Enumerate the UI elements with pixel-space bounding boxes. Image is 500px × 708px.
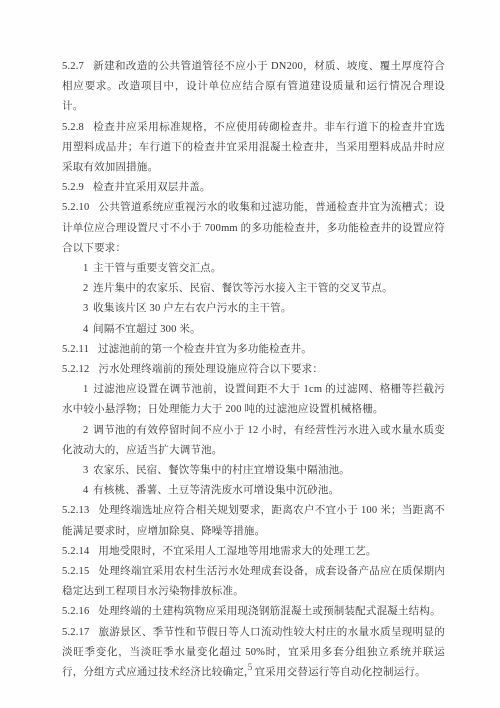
sub-item-paragraph: 1过滤池应设置在调节池前，设置间距不大于 1cm 的过滤网、格栅等拦截污水中较小… <box>62 380 445 420</box>
clause-paragraph: 5.2.12污水处理终端前的预处理设施应符合以下要求： <box>62 360 445 380</box>
sub-item-paragraph: 3农家乐、民宿、餐饮等集中的村庄宜增设集中隔油池。 <box>62 461 445 481</box>
paragraph-text: 检查井宜采用双层井盖。 <box>93 182 211 193</box>
document-body: 5.2.7新建和改造的公共管道管径不应小于 DN200，材质、坡度、覆土厚度符合… <box>62 57 445 683</box>
sub-item-paragraph: 4有核桃、番薯、土豆等清洗废水可增设集中沉砂池。 <box>62 481 445 501</box>
clause-number: 5.2.8 <box>62 122 84 133</box>
paragraph-text: 调节池的有效停留时间不应小于 12 小时，有经营性污水进入或水量水质变化波动大的… <box>62 425 445 456</box>
paragraph-text: 主干管与重要支管交汇点。 <box>93 263 221 274</box>
paragraph-text: 过滤池应设置在调节池前，设置间距不大于 1cm 的过滤网、格栅等拦截污水中较小悬… <box>62 384 445 415</box>
paragraph-text: 连片集中的农家乐、民宿、餐饮等污水接入主干管的交叉节点。 <box>93 283 393 294</box>
sub-item-paragraph: 4间隔不宜超过 300 米。 <box>62 320 445 340</box>
clause-paragraph: 5.2.15处理终端宜采用农村生活污水处理成套设备，成套设备产品应在质保期内稳定… <box>62 562 445 602</box>
sub-item-paragraph: 2调节池的有效停留时间不应小于 12 小时，有经营性污水进入或水量水质变化波动大… <box>62 421 445 461</box>
clause-number: 5.2.11 <box>62 344 89 355</box>
item-number: 4 <box>83 324 88 335</box>
paragraph-text: 处理终端的土建构筑物应采用现浇钢筋混凝土或预制装配式混凝土结构。 <box>98 606 440 617</box>
clause-paragraph: 5.2.7新建和改造的公共管道管径不应小于 DN200，材质、坡度、覆土厚度符合… <box>62 57 445 118</box>
clause-paragraph: 5.2.11过滤池前的第一个检查井宜为多功能检查井。 <box>62 340 445 360</box>
clause-number: 5.2.12 <box>62 364 89 375</box>
document-page: 5.2.7新建和改造的公共管道管径不应小于 DN200，材质、坡度、覆土厚度符合… <box>0 0 500 708</box>
clause-number: 5.2.16 <box>62 606 89 617</box>
item-number: 1 <box>83 384 88 395</box>
clause-number: 5.2.13 <box>62 505 89 516</box>
item-number: 2 <box>83 283 88 294</box>
paragraph-text: 农家乐、民宿、餐饮等集中的村庄宜增设集中隔油池。 <box>93 465 350 476</box>
clause-paragraph: 5.2.13处理终端选址应符合相关规划要求，距离农户不宜小于 100 米；当距离… <box>62 501 445 541</box>
clause-paragraph: 5.2.14用地受限时，不宜采用人工湿地等用地需求大的处理工艺。 <box>62 542 445 562</box>
clause-number: 5.2.7 <box>62 61 84 72</box>
page-number: 5 <box>0 661 500 675</box>
item-number: 4 <box>83 485 88 496</box>
sub-item-paragraph: 3收集该片区 30 户左右农户污水的主干管。 <box>62 299 445 319</box>
clause-paragraph: 5.2.8检查井应采用标准规格，不应使用砖砌检查井。非车行道下的检查井宜选用塑料… <box>62 118 445 179</box>
clause-paragraph: 5.2.10公共管道系统应重视污水的收集和过滤功能，普通检查井宜为流槽式；设计单… <box>62 198 445 259</box>
paragraph-text: 处理终端宜采用农村生活污水处理成套设备，成套设备产品应在质保期内稳定达到工程项目… <box>62 566 445 597</box>
item-number: 3 <box>83 303 88 314</box>
clause-paragraph: 5.2.9检查井宜采用双层井盖。 <box>62 178 445 198</box>
paragraph-text: 检查井应采用标准规格，不应使用砖砌检查井。非车行道下的检查井宜选用塑料成品井；车… <box>62 122 445 173</box>
paragraph-text: 新建和改造的公共管道管径不应小于 DN200，材质、坡度、覆土厚度符合相应要求。… <box>62 61 445 112</box>
clause-number: 5.2.10 <box>62 202 89 213</box>
paragraph-text: 有核桃、番薯、土豆等清洗废水可增设集中沉砂池。 <box>93 485 339 496</box>
paragraph-text: 间隔不宜超过 300 米。 <box>93 324 201 335</box>
clause-number: 5.2.15 <box>62 566 89 577</box>
item-number: 2 <box>83 425 88 436</box>
paragraph-text: 收集该片区 30 户左右农户污水的主干管。 <box>93 303 291 314</box>
paragraph-text: 处理终端选址应符合相关规划要求，距离农户不宜小于 100 米；当距离不能满足要求… <box>62 505 445 536</box>
paragraph-text: 过滤池前的第一个检查井宜为多功能检查井。 <box>98 344 312 355</box>
paragraph-text: 公共管道系统应重视污水的收集和过滤功能，普通检查井宜为流槽式；设计单位应合理设置… <box>62 202 445 253</box>
clause-number: 5.2.14 <box>62 546 89 557</box>
item-number: 1 <box>83 263 88 274</box>
clause-number: 5.2.17 <box>62 627 89 638</box>
item-number: 3 <box>83 465 88 476</box>
paragraph-text: 用地受限时，不宜采用人工湿地等用地需求大的处理工艺。 <box>98 546 376 557</box>
clause-paragraph: 5.2.16处理终端的土建构筑物应采用现浇钢筋混凝土或预制装配式混凝土结构。 <box>62 602 445 622</box>
sub-item-paragraph: 1主干管与重要支管交汇点。 <box>62 259 445 279</box>
clause-number: 5.2.9 <box>62 182 84 193</box>
paragraph-text: 污水处理终端前的预处理设施应符合以下要求： <box>98 364 323 375</box>
sub-item-paragraph: 2连片集中的农家乐、民宿、餐饮等污水接入主干管的交叉节点。 <box>62 279 445 299</box>
